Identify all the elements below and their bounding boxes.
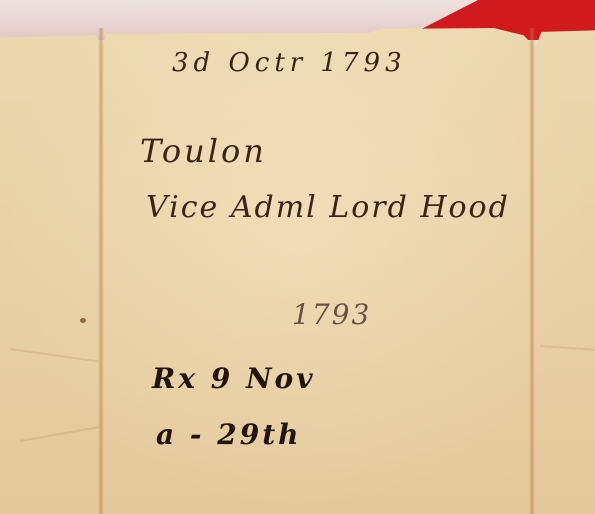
fold-line-right [529,28,535,514]
answered-note: a - 29th [156,418,302,451]
docket-date: 3d Octr 1793 [172,48,407,78]
received-note: Rx 9 Nov [152,362,315,395]
pencil-year-note: 1793 [292,298,371,331]
ink-spot [80,318,86,323]
fold-line-left [98,28,104,514]
docket-place: Toulon [140,132,267,170]
docket-addressee: Vice Adml Lord Hood [146,190,510,225]
